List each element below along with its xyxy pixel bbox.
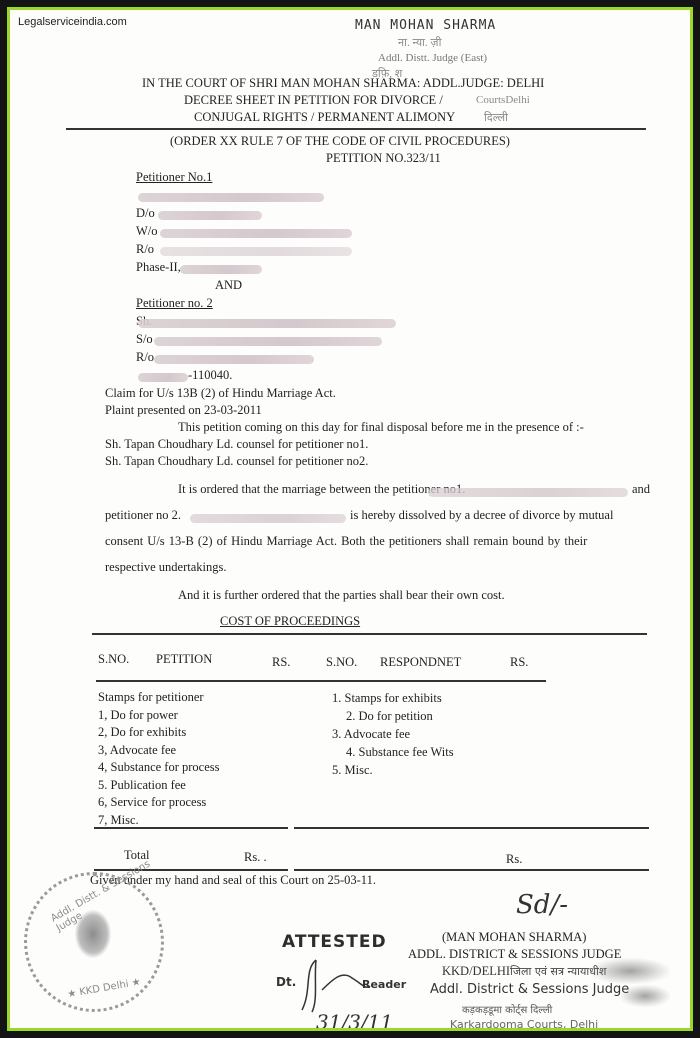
attested-stamp: ATTESTED (282, 932, 387, 952)
redaction-bar (428, 488, 628, 497)
counsel-1: Sh. Tapan Choudhary Ld. counsel for peti… (105, 437, 368, 452)
order-line1-start: It is ordered that the marriage between … (178, 482, 465, 497)
court-seal: Addl. Distt. & Sessions Judge ★ KKD Delh… (24, 872, 164, 1012)
petition-cost-item: 2, Do for exhibits (98, 725, 186, 740)
respondent-cost-item: 2. Do for petition (346, 709, 433, 724)
total-rs-right: Rs. (506, 852, 522, 867)
petitioner2-line2: S/o (136, 332, 153, 347)
col-rs-right: RS. (510, 655, 528, 670)
signatory-name: (MAN MOHAN SHARMA) (442, 930, 586, 945)
redaction-bar (138, 193, 324, 202)
signatory-title: ADDL. DISTRICT & SESSIONS JUDGE (408, 947, 621, 962)
petition-cost-item: 4, Substance for process (98, 760, 220, 775)
ink-smudge (620, 985, 670, 1007)
order-line4: respective undertakings. (105, 560, 226, 575)
petition-cost-item: 6, Service for process (98, 795, 206, 810)
petition-cost-item: 5. Publication fee (98, 778, 186, 793)
ink-smudge (590, 958, 670, 984)
redaction-bar (160, 229, 352, 238)
image-frame: Legalserviceindia.com MAN MOHAN SHARMA न… (0, 0, 700, 1038)
judge-stamp-name: MAN MOHAN SHARMA (355, 18, 496, 33)
petition-cost-item: 7, Misc. (98, 813, 139, 828)
watermark: Legalserviceindia.com (18, 16, 127, 28)
disposal-line: This petition coming on this day for fin… (178, 420, 584, 435)
col-sno-left: S.NO. (98, 652, 129, 667)
order-line: (ORDER XX RULE 7 OF THE CODE OF CIVIL PR… (170, 134, 510, 149)
respondent-cost-item: 3. Advocate fee (332, 727, 410, 742)
petition-cost-item: 1, Do for power (98, 708, 178, 723)
petitioner1-heading: Petitioner No.1 (136, 170, 212, 185)
petition-cost-item: 3, Advocate fee (98, 743, 176, 758)
redaction-bar (158, 211, 262, 220)
petitioner2-line4: -110040. (188, 368, 232, 383)
redaction-bar (154, 337, 382, 346)
cost-rule-top (92, 633, 647, 635)
petition-cost-item: Stamps for petitioner (98, 690, 204, 705)
sd-signature: Sd/- (516, 890, 568, 920)
order-line2-start: petitioner no 2. (105, 508, 181, 523)
plaint-line: Plaint presented on 23-03-2011 (105, 403, 262, 418)
signatory-place: KKD/DELHI (442, 964, 510, 979)
seal-bottom-text: ★ KKD Delhi ★ (67, 977, 142, 1001)
attested-reader: Reader (362, 978, 406, 991)
respondent-cost-item: 5. Misc. (332, 763, 373, 778)
judge-stamp-designation: Addl. Distt. Judge (East) (378, 52, 487, 64)
stamp-place: Karkardooma Courts, Delhi (450, 1018, 598, 1031)
cost-order-line: And it is further ordered that the parti… (178, 588, 505, 603)
cost-title: COST OF PROCEEDINGS (220, 614, 360, 629)
conjugal-line: CONJUGAL RIGHTS / PERMANENT ALIMONY (194, 110, 455, 125)
header-rule (66, 128, 646, 130)
petitioner2-line3: R/o (136, 350, 154, 365)
given-rule-right (294, 869, 649, 871)
redaction-bar (138, 319, 396, 328)
respondent-cost-item: 4. Substance fee Wits (346, 745, 454, 760)
petitioner1-line5: Phase-II, (136, 260, 181, 275)
redaction-bar (160, 247, 352, 256)
col-rs-left: RS. (272, 655, 290, 670)
cost-header-rule (96, 680, 546, 682)
attested-date: 31/3/11 (316, 1010, 393, 1031)
counsel-2: Sh. Tapan Choudhary Ld. counsel for peti… (105, 454, 368, 469)
petitioner2-heading: Petitioner no. 2 (136, 296, 213, 311)
total-rule-right (294, 827, 649, 829)
order-line1-end: and (632, 482, 650, 497)
stamp-courts-delhi: CourtsDelhi (476, 94, 530, 106)
redaction-bar (180, 265, 262, 274)
stamp-delhi-hindi: दिल्ली (484, 110, 508, 125)
petition-number: PETITION NO.323/11 (326, 151, 441, 166)
col-sno-right: S.NO. (326, 655, 357, 670)
green-border: Legalserviceindia.com MAN MOHAN SHARMA न… (7, 7, 693, 1031)
stamp-title: Addl. District & Sessions Judge (430, 982, 629, 997)
redaction-bar (190, 514, 346, 523)
col-petition: PETITION (156, 652, 212, 667)
court-line: IN THE COURT OF SHRI MAN MOHAN SHARMA: A… (142, 76, 544, 91)
petitioner1-line3: W/o (136, 224, 158, 239)
redaction-bar (138, 373, 188, 382)
total-rule-left (94, 827, 288, 829)
col-respondent: RESPONDNET (380, 655, 461, 670)
petitioner1-line4: R/o (136, 242, 154, 257)
petitioner1-line2: D/o (136, 206, 155, 221)
redaction-bar (154, 355, 314, 364)
given-rule-left (94, 869, 288, 871)
claim-line: Claim for U/s 13B (2) of Hindu Marriage … (105, 386, 336, 401)
decree-line: DECREE SHEET IN PETITION FOR DIVORCE / (184, 93, 443, 108)
respondent-cost-item: 1. Stamps for exhibits (332, 691, 442, 706)
order-line2-end: is hereby dissolved by a decree of divor… (350, 508, 613, 523)
order-line3: consent U/s 13-B (2) of Hindu Marriage A… (105, 534, 587, 549)
and-label: AND (215, 278, 242, 293)
decree-sheet-page: Legalserviceindia.com MAN MOHAN SHARMA न… (10, 10, 693, 1031)
judge-stamp-hindi: ना. न्या. ज़ी (398, 35, 441, 50)
stamp-hindi-place: कड़कड़डूमा कोर्ट्स दिल्ली (462, 1002, 552, 1016)
total-rs-left: Rs. . (244, 850, 267, 865)
